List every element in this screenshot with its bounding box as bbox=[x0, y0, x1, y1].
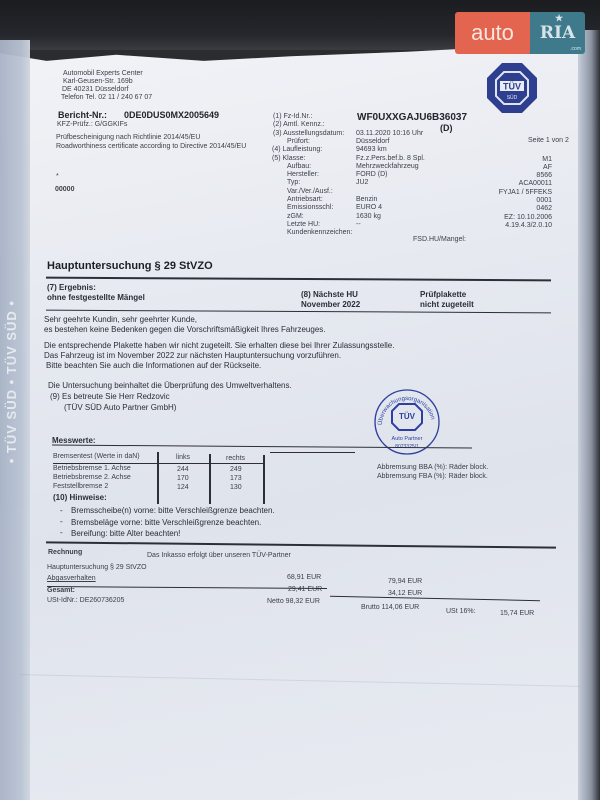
tuv-sud-logo-icon: TÜV SÜD bbox=[486, 62, 538, 114]
vehicle-field-value: FORD (D) bbox=[356, 171, 388, 178]
netto-total: Netto 98,32 EUR bbox=[267, 598, 320, 605]
table-cell-rechts: 130 bbox=[230, 484, 242, 491]
vehicle-field-code: AF bbox=[543, 164, 552, 171]
vehicle-field-value: Fz.z.Pers.bef.b. 8 Spl. bbox=[356, 155, 425, 162]
vin: WF0UXXGAJU6B36037 bbox=[357, 112, 467, 123]
table-cell-links: 124 bbox=[177, 484, 189, 491]
vehicle-field-label: Aufbau: bbox=[287, 163, 311, 170]
watermark-ria: ★ RIA .com bbox=[530, 12, 585, 54]
vehicle-field-label: (5) Klasse: bbox=[272, 155, 305, 162]
letter-line-1: es bestehen keine Bedenken gegen die Vor… bbox=[44, 325, 326, 334]
vehicle-field-code: M1 bbox=[542, 156, 552, 163]
sender-name: Automobil Experts Center bbox=[63, 70, 143, 77]
watermark-auto: auto bbox=[455, 12, 530, 54]
vehicle-field-label: Hersteller: bbox=[287, 171, 319, 178]
bba-value: Abbremsung BBA (%): Räder block. bbox=[377, 464, 488, 471]
paper-edge bbox=[578, 30, 600, 800]
page-indicator: Seite 1 von 2 bbox=[528, 137, 569, 144]
table-header-cell: rechts bbox=[226, 455, 245, 462]
watermark-ria-text: RIA bbox=[540, 23, 575, 43]
note-item: Bremsbeläge vorne: bitte Verschleißgrenz… bbox=[71, 518, 261, 527]
vehicle-field-label: Antriebsart: bbox=[287, 196, 323, 203]
table-cell-links: 244 bbox=[177, 466, 189, 473]
report-number-label: Bericht-Nr.: bbox=[58, 110, 107, 120]
vehicle-field-code: ACA00011 bbox=[519, 180, 552, 187]
letter-line-4: Bitte beachten Sie auch die Informatione… bbox=[46, 361, 261, 370]
svg-text:Auto Partner: Auto Partner bbox=[392, 436, 423, 442]
svg-text:SÜD: SÜD bbox=[507, 94, 518, 101]
invoice-item-2-gross: 34,12 EUR bbox=[388, 590, 422, 597]
star-icon: ★ bbox=[555, 14, 563, 24]
inspector-code: KFZ-Prüfz.: G/GGKIFs bbox=[57, 121, 127, 128]
examiner: (9) Es betreute Sie Herr Redzovic bbox=[50, 392, 170, 401]
sender-phone: Telefon Tel. 02 11 / 240 67 07 bbox=[61, 94, 152, 101]
brutto-total: Brutto 114,06 EUR bbox=[361, 604, 419, 611]
vehicle-field-code: 0462 bbox=[536, 205, 552, 212]
table-row-label: Betriebsbremse 2. Achse bbox=[53, 474, 131, 481]
bullet: - bbox=[60, 517, 63, 526]
vehicle-field-value: 94693 km bbox=[356, 146, 387, 153]
invoice-item-2: Abgasverhalten bbox=[47, 575, 96, 582]
sender-street: Karl-Geusen-Str. 169b bbox=[63, 78, 133, 85]
result-label: (7) Ergebnis: bbox=[47, 283, 96, 292]
divider bbox=[270, 452, 355, 453]
vehicle-field-code: 4.19.4.3/2.0.10 bbox=[505, 222, 552, 229]
table-divider bbox=[157, 452, 159, 504]
plate-value: nicht zugeteilt bbox=[420, 300, 474, 309]
fba-value: Abbremsung FBA (%): Räder block. bbox=[377, 473, 488, 480]
letter-line-2: Die entsprechende Plakette haben wir nic… bbox=[44, 341, 394, 350]
vehicle-field-value: Düsseldorf bbox=[356, 138, 389, 145]
plate: (D) bbox=[440, 123, 453, 133]
notes-title: (10) Hinweise: bbox=[53, 493, 107, 502]
vehicle-field-label: Var./Ver./Ausf.: bbox=[287, 188, 333, 195]
vehicle-field-code: 0001 bbox=[536, 197, 552, 204]
vehicle-field-code: 8566 bbox=[536, 172, 552, 179]
note-item: Bremsscheibe(n) vorne: bitte Verschleißg… bbox=[71, 506, 275, 515]
side-strip-text: • TÜV SÜD • TÜV SÜD • bbox=[4, 300, 19, 463]
vehicle-field-value: Benzin bbox=[356, 196, 377, 203]
total-label: Gesamt: bbox=[47, 587, 75, 594]
cert-english: Roadworthiness certificate according to … bbox=[56, 143, 246, 150]
vehicle-field-label: (3) Ausstellungsdatum: bbox=[273, 130, 344, 137]
vehicle-field-value: 1630 kg bbox=[356, 213, 381, 220]
table-header-rule bbox=[53, 463, 265, 464]
table-cell-links: 170 bbox=[177, 475, 189, 482]
letter-line-3: Das Fahrzeug ist im November 2022 zur nä… bbox=[44, 351, 341, 360]
invoice-item-1-gross: 79,94 EUR bbox=[388, 578, 422, 585]
result-value: ohne festgestellte Mängel bbox=[47, 293, 145, 302]
vehicle-field-label: Emissionsschl: bbox=[287, 204, 333, 211]
table-row-label: Betriebsbremse 1. Achse bbox=[53, 465, 131, 472]
vehicle-field-label: Typ: bbox=[287, 179, 300, 186]
vehicle-field-label: (2) Amtl. Kennz.: bbox=[273, 121, 325, 128]
examiner-company: (TÜV SÜD Auto Partner GmbH) bbox=[64, 403, 176, 412]
watermark-suffix: .com bbox=[570, 46, 581, 52]
vat-label: USt 16%: bbox=[446, 608, 476, 615]
bullet: - bbox=[60, 528, 63, 537]
autoria-watermark: auto ★ RIA .com bbox=[455, 12, 585, 54]
vehicle-field-code: EZ: 10.10.2006 bbox=[504, 214, 552, 221]
customer-code: 00000 bbox=[55, 186, 74, 193]
plate-label: Prüfplakette bbox=[420, 290, 466, 299]
next-hu-label: (8) Nächste HU bbox=[301, 290, 358, 299]
vehicle-field-label: Prüfort: bbox=[287, 138, 310, 145]
table-cell-rechts: 173 bbox=[230, 475, 242, 482]
vehicle-field-label: zGM: bbox=[287, 213, 304, 220]
vehicle-field-value: JU2 bbox=[356, 179, 368, 186]
table-cell-rechts: 249 bbox=[230, 466, 242, 473]
invoice-collection: Das Inkasso erfolgt über unseren TÜV-Par… bbox=[147, 552, 291, 559]
vehicle-field-label: Kundenkennzeichen: bbox=[287, 229, 352, 236]
invoice-item-1: Hauptuntersuchung § 29 StVZO bbox=[47, 564, 147, 571]
vehicle-field-label: (1) Fz-Id.Nr.: bbox=[273, 113, 312, 120]
svg-text:TÜV: TÜV bbox=[399, 412, 416, 421]
vehicle-field-value: Mehrzweckfahrzeug bbox=[356, 163, 419, 170]
letter-line-5: Die Untersuchung beinhaltet die Überprüf… bbox=[48, 381, 292, 390]
table-header-cell: Bremsentest (Werte in daN) bbox=[53, 453, 140, 460]
table-header-cell: links bbox=[176, 454, 190, 461]
vat-id: USt-IdNr.: DE260736205 bbox=[47, 597, 124, 604]
vehicle-field-label: Letzte HU: bbox=[287, 221, 320, 228]
invoice-title: Rechnung bbox=[48, 549, 82, 556]
vehicle-field-value: EURO 4 bbox=[356, 204, 382, 211]
vehicle-field-value: -- bbox=[356, 221, 361, 228]
asterisk: * bbox=[56, 173, 59, 180]
fsd-label: FSD.HU/Mangel: bbox=[413, 236, 466, 243]
bullet: - bbox=[60, 506, 63, 515]
sender-city: DE 40231 Düsseldorf bbox=[62, 86, 129, 93]
inspection-title: Hauptuntersuchung § 29 StVZO bbox=[47, 260, 213, 272]
table-row-label: Feststellbremse 2 bbox=[53, 483, 108, 490]
cert-german: Prüfbescheinigung nach Richtlinie 2014/4… bbox=[56, 134, 200, 141]
report-number: 0DE0DUS0MX2005649 bbox=[124, 110, 219, 120]
vat-value: 15,74 EUR bbox=[500, 610, 534, 617]
svg-text:TÜV: TÜV bbox=[503, 82, 521, 92]
note-item: Bereifung: bitte Alter beachten! bbox=[71, 529, 180, 538]
vehicle-field-code: FYJA1 / 5FFEKS bbox=[499, 189, 552, 196]
invoice-item-1-net: 68,91 EUR bbox=[287, 574, 321, 581]
vehicle-field-label: (4) Laufleistung: bbox=[272, 146, 322, 153]
side-strip: • TÜV SÜD • TÜV SÜD • bbox=[0, 40, 30, 800]
vehicle-field-value: 03.11.2020 10:16 Uhr bbox=[356, 130, 423, 137]
table-divider bbox=[209, 454, 211, 504]
letter-greeting: Sehr geehrte Kundin, sehr geehrter Kunde… bbox=[44, 315, 197, 324]
next-hu-value: November 2022 bbox=[301, 300, 360, 309]
